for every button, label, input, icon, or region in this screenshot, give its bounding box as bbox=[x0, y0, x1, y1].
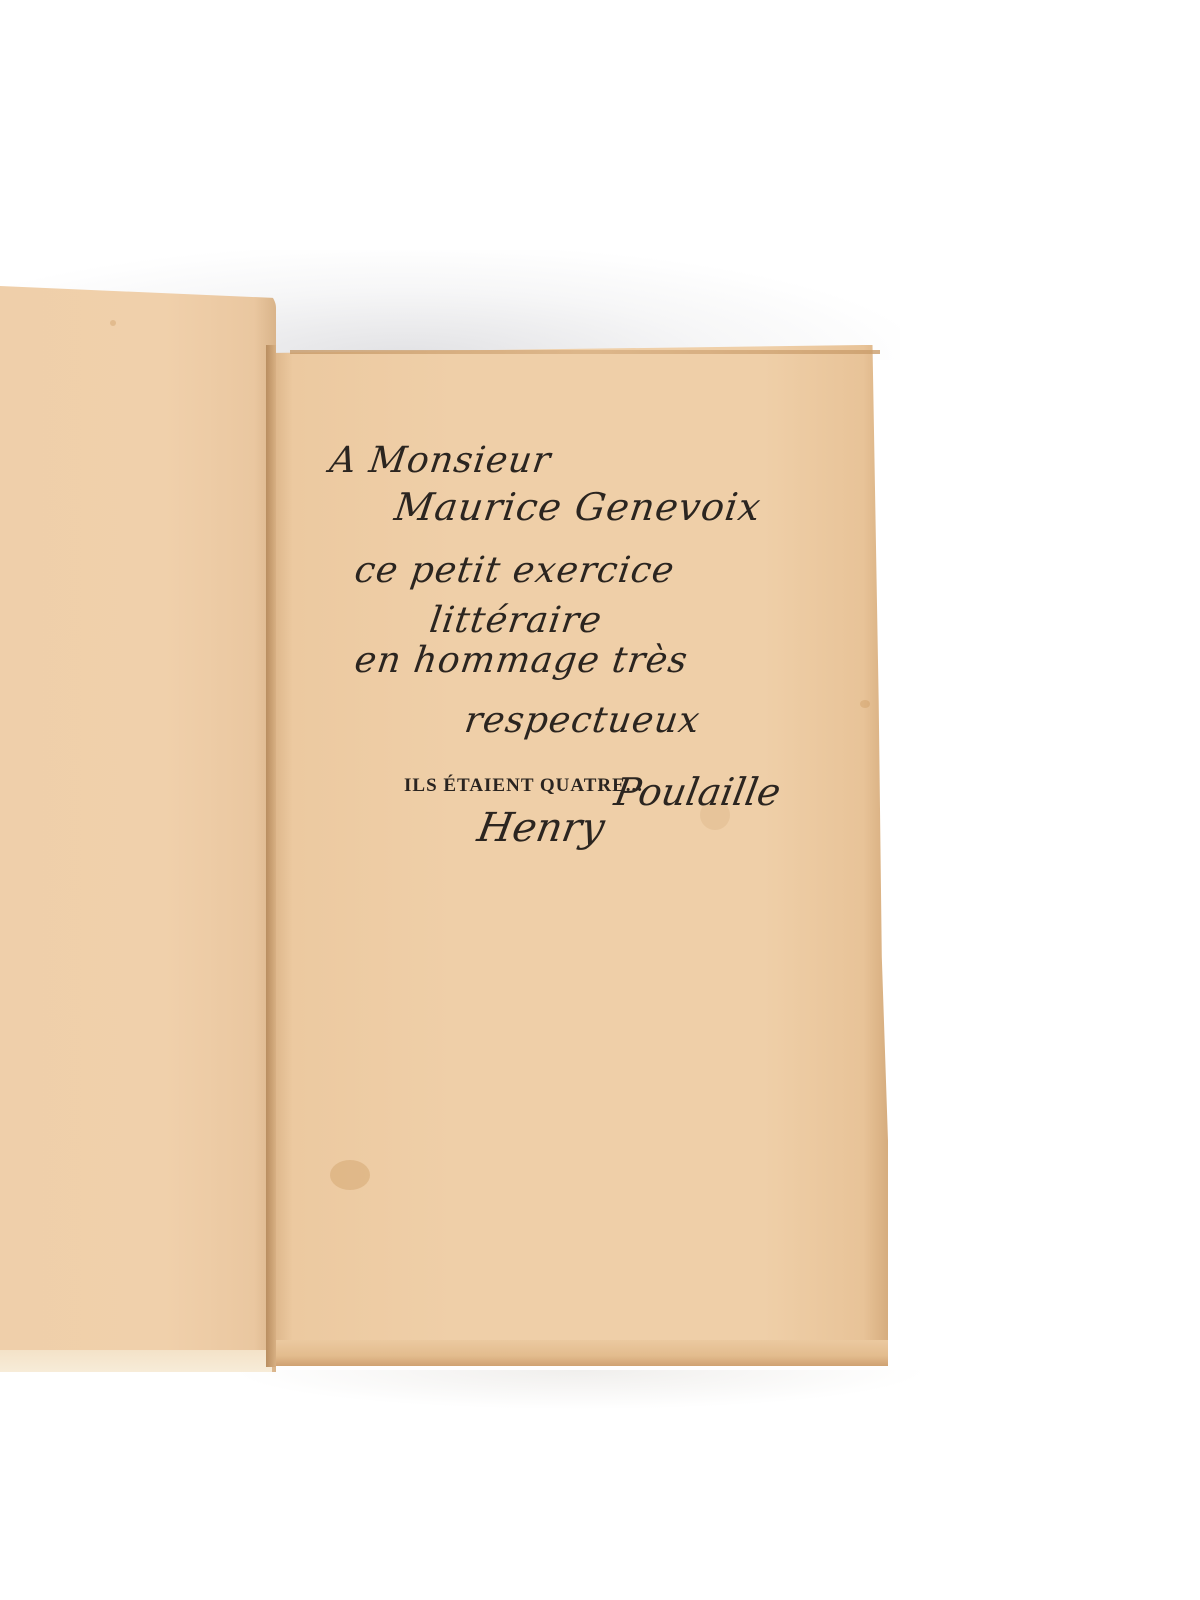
book-bottom-shadow bbox=[230, 1370, 930, 1410]
left-page-edge bbox=[0, 1350, 272, 1372]
foxing-spot bbox=[860, 700, 870, 708]
signature-last: Poulaille bbox=[611, 770, 784, 814]
inscription-line-1: A Monsieur bbox=[327, 440, 554, 481]
right-page-top-edge bbox=[290, 350, 880, 354]
right-page-bottom-edge bbox=[272, 1340, 888, 1366]
printed-book-title: ILS ÉTAIENT QUATRE... bbox=[404, 775, 643, 797]
inscription-line-6: respectueux bbox=[462, 700, 703, 741]
inscription-line-3: ce petit exercice bbox=[352, 550, 677, 591]
photo-scene: A Monsieur Maurice Genevoix ce petit exe… bbox=[0, 0, 1200, 1600]
book-gutter bbox=[266, 345, 276, 1367]
foxing-spot bbox=[110, 320, 116, 326]
foxing-spot bbox=[330, 1160, 370, 1190]
inscription-line-4: littéraire bbox=[427, 600, 605, 641]
inscription-line-5: en hommage très bbox=[352, 640, 691, 681]
left-page-blank bbox=[0, 286, 276, 1372]
inscription-line-2: Maurice Genevoix bbox=[392, 485, 764, 529]
signature-first: Henry bbox=[474, 805, 608, 851]
